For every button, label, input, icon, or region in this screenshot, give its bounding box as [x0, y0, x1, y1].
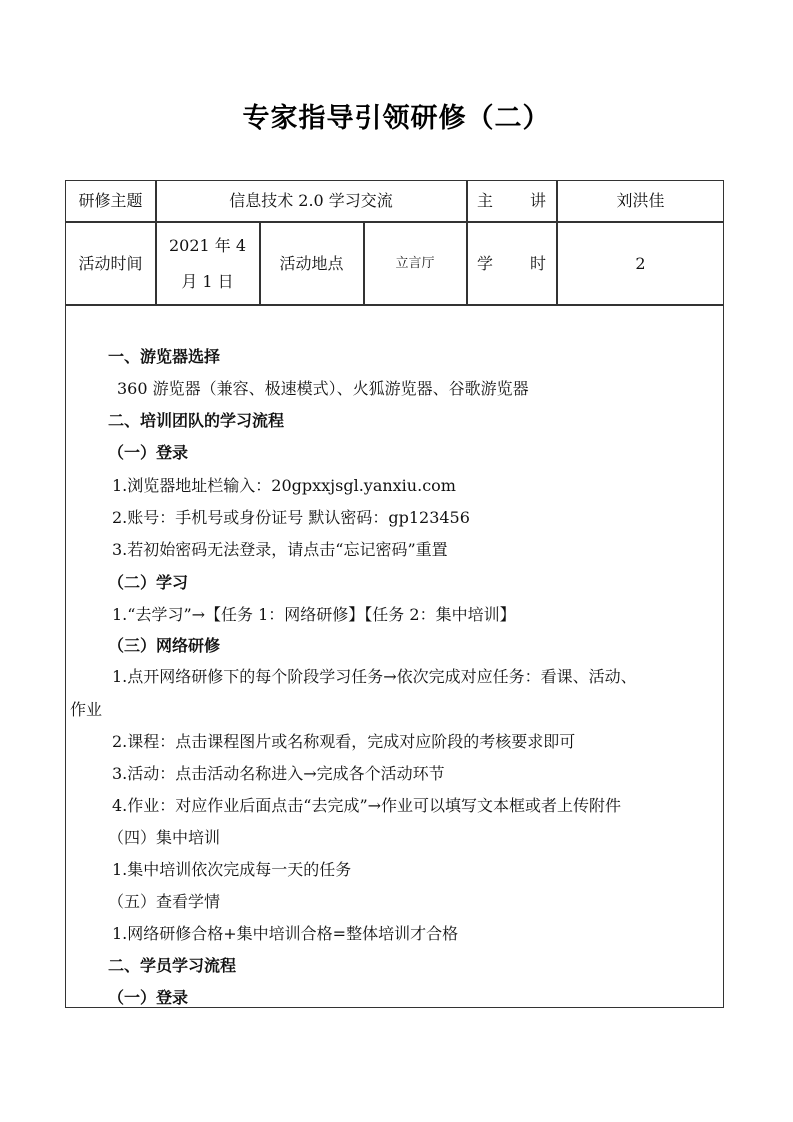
subsection-heading: （二）学习: [108, 575, 188, 591]
hours-label-char1: 学: [477, 256, 493, 272]
content-line-wrap: 作业: [70, 702, 102, 718]
content-line: 4.作业：对应作业后面点击“去完成”→作业可以填写文本框或者上传附件: [112, 798, 621, 814]
content-line: 1.集中培训依次完成每一天的任务: [112, 862, 351, 878]
topic-label: 研修主题: [65, 180, 156, 222]
content-line: 3.活动：点击活动名称进入→完成各个活动环节: [112, 766, 445, 782]
location-label: 活动地点: [260, 222, 363, 305]
content-line: 1.浏览器地址栏输入：20gpxxjsgl.yanxiu.com: [112, 478, 456, 494]
content-line: 3.若初始密码无法登录，请点击“忘记密码”重置: [112, 542, 448, 558]
content-line: 360 游览器（兼容、极速模式）、火狐游览器、谷歌游览器: [117, 381, 529, 397]
hours-value: 2: [557, 222, 724, 305]
content-line: 2.账号：手机号或身份证号 默认密码：gp123456: [112, 510, 470, 526]
content-line: （五）查看学情: [108, 894, 220, 910]
speaker-label-char1: 主: [477, 193, 493, 209]
location-value: 立言厅: [364, 222, 466, 305]
speaker-value: 刘洪佳: [557, 180, 724, 222]
time-value-line2: 月 1 日: [181, 264, 233, 300]
topic-value: 信息技术 2.0 学习交流: [156, 180, 466, 222]
content-line: （四）集中培训: [108, 830, 220, 846]
content-line: 1.网络研修合格+集中培训合格=整体培训才合格: [112, 926, 458, 942]
time-value-line1: 2021 年 4: [169, 228, 246, 264]
section-heading: 二、培训团队的学习流程: [108, 413, 284, 429]
content-line: 2.课程：点击课程图片或名称观看，完成对应阶段的考核要求即可: [112, 734, 575, 750]
section-heading: 一、游览器选择: [108, 349, 220, 365]
hours-label-char2: 时: [530, 256, 546, 272]
section-heading: 二、学员学习流程: [108, 958, 236, 974]
content-line: 1.点开网络研修下的每个阶段学习任务→依次完成对应任务：看课、活动、: [112, 669, 637, 685]
speaker-label-char2: 讲: [530, 193, 546, 209]
content-line: 1.“去学习”→【任务 1：网络研修】【任务 2：集中培训】: [112, 607, 516, 623]
subsection-heading: （三）网络研修: [108, 638, 220, 654]
hours-label: 学 时: [467, 222, 556, 305]
time-value: 2021 年 4 月 1 日: [156, 222, 259, 305]
document-title: 专家指导引领研修（二）: [0, 96, 793, 135]
subsection-heading: （一）登录: [108, 990, 188, 1006]
subsection-heading: （一）登录: [108, 445, 188, 461]
speaker-label: 主 讲: [467, 180, 556, 222]
time-label: 活动时间: [65, 222, 156, 305]
